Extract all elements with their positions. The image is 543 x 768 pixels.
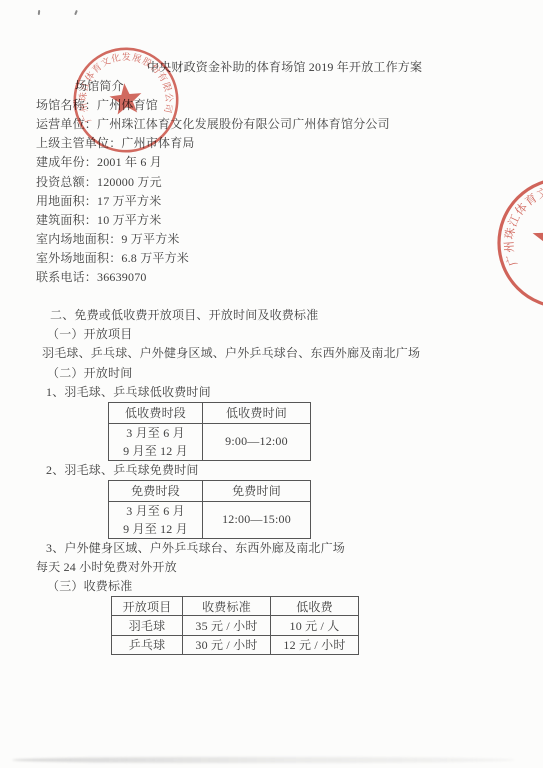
table-header-cell: 低收费时段 — [109, 402, 203, 423]
section2-heading: 二、免费或低收费开放项目、开放时间及收费标准 — [36, 306, 522, 325]
intro-line-indoor-area: 室内场地面积：9 万平方米 — [36, 230, 522, 249]
fee-standard-table: 开放项目 收费标准 低收费 羽毛球 35 元 / 小时 10 元 / 人 乒乓球… — [111, 596, 359, 655]
document-title: 中央财政资金补助的体育场馆 2019 年开放工作方案 — [36, 58, 522, 77]
intro-line-venue-name: 场馆名称：广州体育馆 — [36, 96, 522, 115]
table-header-cell: 低收费 — [271, 597, 359, 616]
outdoor-note: 每天 24 小时免费对外开放 — [36, 558, 522, 577]
scan-artifact — [74, 10, 77, 15]
low-fee-time-table: 低收费时段 低收费时间 3 月至 6 月 9 月至 12 月 9:00—12:0… — [108, 402, 311, 461]
scan-artifact — [38, 10, 40, 15]
outdoor-label: 3、户外健身区域、户外乒乓球台、东西外廊及南北广场 — [36, 539, 522, 558]
period-line: 9 月至 12 月 — [109, 520, 202, 538]
period-line: 9 月至 12 月 — [109, 442, 202, 460]
open-time-heading: （二）开放时间 — [36, 364, 522, 383]
free-time-table: 免费时段 免费时间 3 月至 6 月 9 月至 12 月 12:00—15:00 — [108, 480, 311, 539]
blank-line — [36, 287, 522, 306]
period-cell: 3 月至 6 月 9 月至 12 月 — [109, 423, 203, 460]
document-body: 中央财政资金补助的体育场馆 2019 年开放工作方案 场馆简介 场馆名称：广州体… — [36, 58, 522, 655]
intro-heading: 场馆简介 — [36, 77, 522, 96]
intro-line-operator: 运营单位：广州珠江体育文化发展股份有限公司广州体育馆分公司 — [36, 115, 522, 134]
table-row: 3 月至 6 月 9 月至 12 月 12:00—15:00 — [109, 501, 311, 538]
table-cell: 乒乓球 — [112, 635, 183, 655]
free-time-label: 2、羽毛球、乒乓球免费时间 — [36, 461, 522, 480]
document-page: 中央财政资金补助的体育场馆 2019 年开放工作方案 场馆简介 场馆名称：广州体… — [0, 0, 543, 768]
time-cell: 12:00—15:00 — [203, 501, 311, 538]
intro-line-outdoor-area: 室外场地面积：6.8 万平方米 — [36, 249, 522, 268]
low-fee-time-label: 1、羽毛球、乒乓球低收费时间 — [36, 383, 522, 402]
open-items-list: 羽毛球、乒乓球、户外健身区域、户外乒乓球台、东西外廊及南北广场 — [36, 344, 522, 363]
table-row: 乒乓球 30 元 / 小时 12 元 / 小时 — [112, 635, 359, 655]
table-header-cell: 收费标准 — [183, 597, 271, 616]
table-header-cell: 免费时段 — [109, 480, 203, 501]
intro-line-land-area: 用地面积：17 万平方米 — [36, 192, 522, 211]
table-cell: 12 元 / 小时 — [271, 635, 359, 655]
intro-line-supervisor: 上级主管单位：广州市体育局 — [36, 134, 522, 153]
time-cell: 9:00—12:00 — [203, 423, 311, 460]
table-cell: 35 元 / 小时 — [183, 616, 271, 636]
intro-line-built-year: 建成年份：2001 年 6 月 — [36, 153, 522, 172]
table-header-cell: 免费时间 — [203, 480, 311, 501]
table-header-row: 开放项目 收费标准 低收费 — [112, 597, 359, 616]
scan-page-shadow — [12, 757, 515, 763]
seal-star-icon — [533, 211, 543, 269]
table-header-cell: 开放项目 — [112, 597, 183, 616]
table-row: 3 月至 6 月 9 月至 12 月 9:00—12:00 — [109, 423, 311, 460]
period-cell: 3 月至 6 月 9 月至 12 月 — [109, 501, 203, 538]
table-cell: 10 元 / 人 — [271, 616, 359, 636]
table-cell: 羽毛球 — [112, 616, 183, 636]
table-row: 羽毛球 35 元 / 小时 10 元 / 人 — [112, 616, 359, 636]
table-header-row: 低收费时段 低收费时间 — [109, 402, 311, 423]
intro-line-building-area: 建筑面积：10 万平方米 — [36, 211, 522, 230]
intro-line-phone: 联系电话：36639070 — [36, 268, 522, 287]
table-header-row: 免费时段 免费时间 — [109, 480, 311, 501]
table-cell: 30 元 / 小时 — [183, 635, 271, 655]
period-line: 3 月至 6 月 — [109, 502, 202, 520]
table-header-cell: 低收费时间 — [203, 402, 311, 423]
open-items-heading: （一）开放项目 — [36, 325, 522, 344]
fee-heading: （三）收费标准 — [36, 577, 522, 596]
intro-line-investment: 投资总额：120000 万元 — [36, 173, 522, 192]
period-line: 3 月至 6 月 — [109, 424, 202, 442]
